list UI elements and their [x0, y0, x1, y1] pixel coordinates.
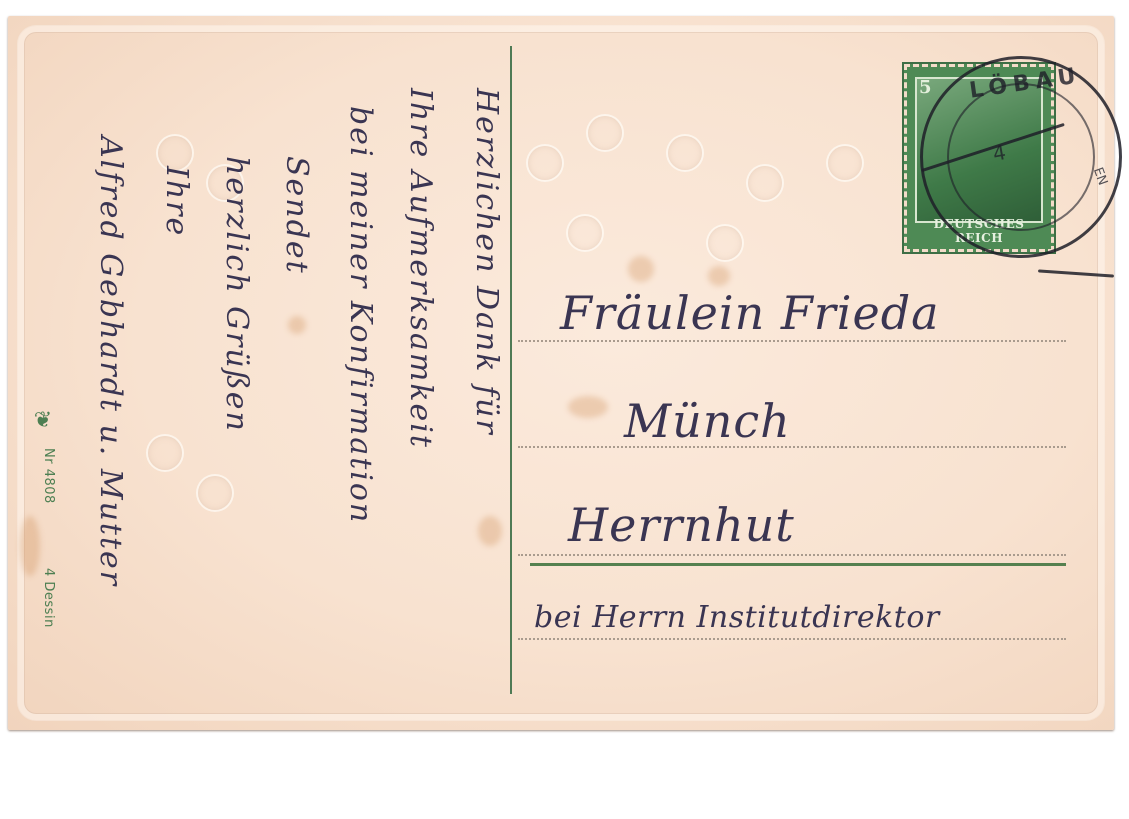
- embossed-flower: [528, 146, 562, 180]
- postcard: 5 DEUTSCHES REICH LÖBAU 4 EN Fräulein Fr…: [8, 16, 1114, 730]
- embossed-flower: [588, 116, 622, 150]
- address-guide-line: [518, 446, 1066, 448]
- message-line: herzlich Grüßen: [219, 156, 254, 433]
- embossed-flower: [158, 136, 192, 170]
- publisher-designs: 4 Dessin: [41, 568, 56, 628]
- message-line: Herzlichen Dank für: [469, 88, 504, 436]
- foxing-stain: [708, 266, 730, 286]
- foxing-stain: [568, 396, 608, 418]
- foxing-stain: [478, 516, 502, 546]
- publisher-number: Nr 4808: [41, 448, 56, 504]
- address-guide-line: [518, 340, 1066, 342]
- message-line: Ihre: [159, 166, 194, 237]
- postmark: LÖBAU 4 EN: [920, 56, 1122, 258]
- publisher-imprint: ❦ Nr 4808 4 Dessin: [30, 408, 56, 708]
- embossed-flower: [668, 136, 702, 170]
- stamp-value: 5: [919, 77, 932, 98]
- postmark-inner-ring: [947, 83, 1095, 231]
- foxing-stain: [288, 316, 306, 334]
- embossed-flower: [708, 226, 742, 260]
- address-recipient-name: Fräulein Frieda: [560, 286, 940, 340]
- address-guide-line: [518, 638, 1066, 640]
- message-signature: Alfred Gebhardt u. Mutter: [93, 136, 128, 587]
- message-line: bei meiner Konfirmation: [343, 106, 378, 524]
- address-surname: Münch: [624, 394, 791, 448]
- address-care-of: bei Herrn Institutdirektor: [534, 600, 940, 635]
- address-guide-line: [518, 554, 1066, 556]
- message-line: Sendet: [279, 156, 314, 275]
- embossed-flower: [568, 216, 602, 250]
- address-town: Herrnhut: [568, 498, 795, 552]
- foxing-stain: [628, 256, 654, 282]
- publisher-crest-icon: ❦: [30, 408, 56, 444]
- embossed-flower: [828, 146, 862, 180]
- embossed-flower: [748, 166, 782, 200]
- embossed-flower: [148, 436, 182, 470]
- embossed-flower: [198, 476, 232, 510]
- address-green-rule: [530, 563, 1066, 566]
- center-divider-line: [510, 46, 512, 694]
- message-line: Ihre Aufmerksamkeit: [403, 88, 438, 449]
- postmark-suffix: EN: [1090, 165, 1110, 187]
